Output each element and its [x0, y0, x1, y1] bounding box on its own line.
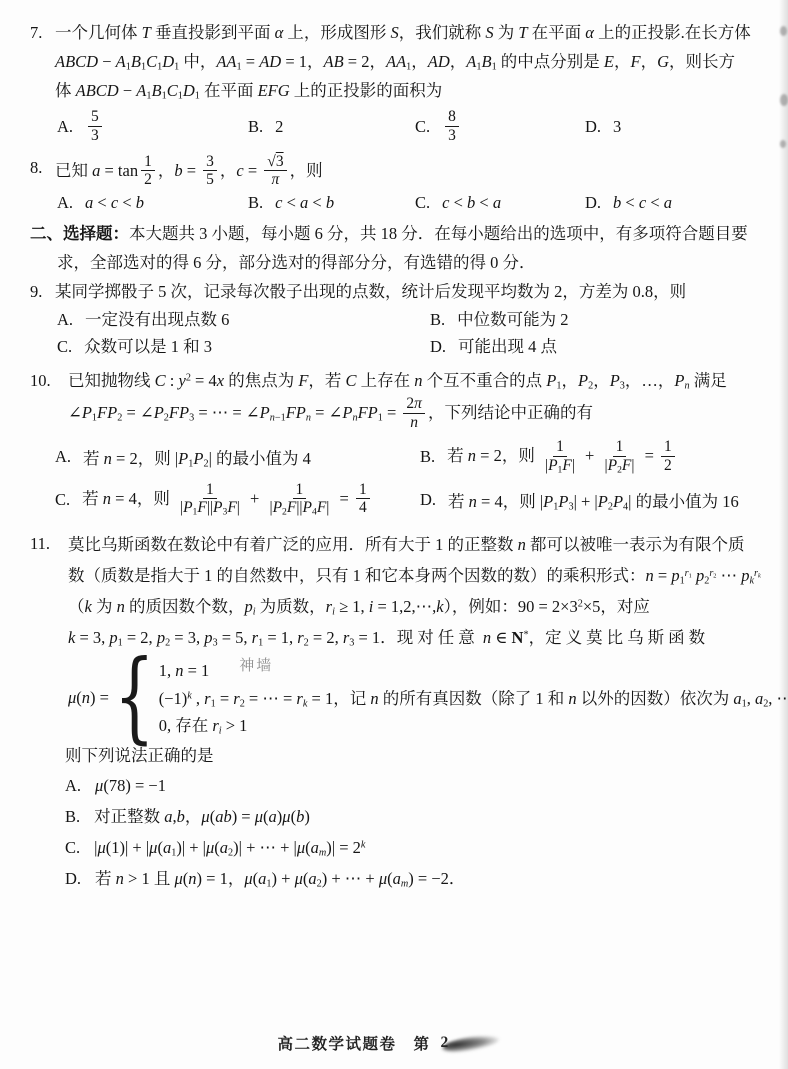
option-value: 若 n = 4，则 |P1P3| + |P2P4| 的最小值为 16 — [448, 488, 739, 512]
question-8-number: 8. — [30, 153, 55, 182]
question-9-options-row-1: A.一定没有出现点数 6 B.中位数可能为 2 — [30, 306, 774, 333]
q9-option-b: B.中位数可能为 2 — [430, 306, 569, 333]
option-value: μ(78) = −1 — [95, 776, 166, 795]
option-value: a < c < b — [85, 193, 144, 213]
section-2-title: 二、选择题： — [30, 224, 129, 243]
question-8-options: A.a < c < b B.c < a < b C.c < b < a D.b … — [30, 193, 774, 213]
q11-option-d: D.若 n > 1 且 μ(n) = 1，μ(a1) + μ(a2) + ⋯ +… — [30, 863, 774, 894]
question-10-line-1: 已知抛物线 C : y2 = 4x 的焦点为 F，若 C 上存在 n 个互不重合… — [68, 366, 774, 395]
q7-option-c: C.83 — [415, 108, 585, 147]
option-value: 若 n = 2，则 |P1P2| 的最小值为 4 — [83, 445, 311, 469]
q9-option-a: A.一定没有出现点数 6 — [57, 306, 430, 333]
mu-case-3: 0, 存在 ri > 1 — [159, 712, 788, 739]
question-11-line-3: （k 为 n 的质因数个数，pi 为质数，ri ≥ 1, i = 1,2,⋯,k… — [68, 591, 774, 622]
watermark-text: 神墙 — [239, 657, 273, 674]
question-11-line-1: 莫比乌斯函数在数论中有着广泛的应用．所有大于 1 的正整数 n 都可以被唯一表示… — [68, 529, 774, 560]
section-2-header: 二、选择题：本大题共 3 小题，每小题 6 分，共 18 分．在每小题给出的选项… — [30, 219, 774, 277]
page-number: 2 — [441, 1036, 511, 1054]
option-value: |μ(1)| + |μ(a1)| + |μ(a2)| + ⋯ + |μ(am)|… — [94, 838, 365, 857]
question-10-formula: ∠P1FP2 = ∠P2FP3 = ⋯ = ∠Pn−1FPn = ∠PnFP1 … — [68, 395, 774, 434]
scan-artifact — [780, 140, 786, 148]
q7-option-b: B.2 — [248, 117, 415, 137]
question-10: 10. 已知抛物线 C : y2 = 4x 的焦点为 F，若 C 上存在 n 个… — [30, 366, 774, 519]
q8-option-b: B.c < a < b — [248, 193, 415, 213]
mu-case-2: (−1)k , r1 = r2 = ⋯ = rk = 1，记 n 的所有真因数（… — [159, 685, 788, 712]
option-value: 若 n > 1 且 μ(n) = 1，μ(a1) + μ(a2) + ⋯ + μ… — [95, 869, 465, 888]
option-value: 可能出现 4 点 — [458, 333, 557, 360]
page-footer: 高二数学试题卷 第2 — [0, 1032, 788, 1054]
question-7-text: 一个几何体 T 垂直投影到平面 α 上，形成图形 S，我们就称 S 为 T 在平… — [55, 18, 774, 105]
footer-title: 高二数学试题卷 第 — [277, 1036, 430, 1053]
q10-option-c: C.若 n = 4，则 1|P1F||P3F| + 1|P2F||P4F| = … — [55, 481, 420, 520]
mu-cases: 1, n = 1神墙 (−1)k , r1 = r2 = ⋯ = rk = 1，… — [159, 657, 788, 739]
option-label-d: D. — [430, 333, 446, 360]
option-label-b: B. — [420, 447, 435, 467]
scan-artifact — [780, 26, 787, 36]
option-value: 53 — [85, 108, 105, 147]
question-7-number: 7. — [30, 18, 55, 47]
option-label-c: C. — [415, 193, 430, 213]
option-label-a: A. — [55, 447, 71, 467]
q8-option-d: D.b < c < a — [585, 193, 774, 213]
q10-option-b: B.若 n = 2，则 1|P1F| + 1|P2F| = 12 — [420, 438, 678, 477]
q8-option-a: A.a < c < b — [57, 193, 248, 213]
section-2-line-2: 求，全部选对的得 6 分，部分选对的得部分分，有选错的得 0 分． — [30, 248, 774, 277]
option-label-d: D. — [65, 869, 81, 888]
mu-lhs: μ(n) = — [68, 688, 109, 708]
option-label-c: C. — [415, 117, 430, 137]
option-value: b < c < a — [613, 193, 672, 213]
question-10-options-row-2: C.若 n = 4，则 1|P1F||P3F| + 1|P2F||P4F| = … — [30, 481, 774, 520]
exam-page-content: 7. 一个几何体 T 垂直投影到平面 α 上，形成图形 S，我们就称 S 为 T… — [0, 0, 788, 894]
option-value: 众数可以是 1 和 3 — [84, 333, 212, 360]
question-10-number: 10. — [30, 366, 68, 395]
question-7: 7. 一个几何体 T 垂直投影到平面 α 上，形成图形 S，我们就称 S 为 T… — [30, 18, 774, 147]
option-label-b: B. — [248, 117, 263, 137]
q7-option-a: A.53 — [57, 108, 248, 147]
option-value: 一定没有出现点数 6 — [85, 306, 229, 333]
question-9-number: 9. — [30, 277, 55, 306]
question-10-options-row-1: A.若 n = 2，则 |P1P2| 的最小值为 4 B.若 n = 2，则 1… — [30, 438, 774, 477]
question-8-stem: 已知 a = tan12，b = 35，c = √3π，则 — [55, 153, 774, 192]
option-label-d: D. — [420, 490, 436, 510]
option-label-c: C. — [57, 333, 72, 360]
q8-option-c: C.c < b < a — [415, 193, 585, 213]
question-11: 11. 莫比乌斯函数在数论中有着广泛的应用．所有大于 1 的正整数 n 都可以被… — [30, 529, 774, 894]
q11-option-a: A.μ(78) = −1 — [30, 770, 774, 801]
option-label-c: C. — [65, 838, 80, 857]
question-7-line-2: ABCD − A1B1C1D1 中，AA1 = AD = 1，AB = 2，AA… — [55, 47, 774, 76]
question-9-options-row-2: C.众数可以是 1 和 3 D.可能出现 4 点 — [30, 333, 774, 360]
option-label-a: A. — [57, 306, 73, 333]
question-7-line-1: 一个几何体 T 垂直投影到平面 α 上，形成图形 S，我们就称 S 为 T 在平… — [55, 18, 774, 47]
question-11-line-2: 数（质数是指大于 1 的自然数中，只有 1 和它本身两个因数的数）的乘积形式：n… — [68, 560, 774, 591]
q7-option-d: D.3 — [585, 117, 774, 137]
mobius-function-definition: μ(n) = { 1, n = 1神墙 (−1)k , r1 = r2 = ⋯ … — [68, 657, 774, 739]
option-label-a: A. — [57, 193, 73, 213]
q10-option-a: A.若 n = 2，则 |P1P2| 的最小值为 4 — [55, 445, 420, 469]
q11-option-c: C.|μ(1)| + |μ(a1)| + |μ(a2)| + ⋯ + |μ(am… — [30, 832, 774, 863]
question-11-number: 11. — [30, 529, 68, 558]
option-label-d: D. — [585, 193, 601, 213]
option-label-a: A. — [65, 776, 81, 795]
option-label-d: D. — [585, 117, 601, 137]
question-7-options: A.53 B.2 C.83 D.3 — [30, 108, 774, 147]
option-value: 对正整数 a,b，μ(ab) = μ(a)μ(b) — [94, 807, 310, 826]
option-value: c < b < a — [442, 193, 501, 213]
option-label-b: B. — [248, 193, 263, 213]
question-9-stem: 某同学掷骰子 5 次，记录每次骰子出现的点数，统计后发现平均数为 2，方差为 0… — [55, 277, 774, 306]
question-7-line-3: 体 ABCD − A1B1C1D1 在平面 EFG 上的正投影的面积为 — [55, 76, 774, 105]
question-11-line-4: k = 3, p1 = 2, p2 = 3, p3 = 5, r1 = 1, r… — [68, 622, 774, 653]
question-8: 8. 已知 a = tan12，b = 35，c = √3π，则 A.a < c… — [30, 153, 774, 214]
option-value: 3 — [613, 117, 621, 137]
mu-case-1: 1, n = 1神墙 — [159, 657, 788, 685]
option-value: 若 n = 2，则 1|P1F| + 1|P2F| = 12 — [447, 438, 678, 477]
option-value: 若 n = 4，则 1|P1F||P3F| + 1|P2F||P4F| = 14 — [82, 481, 373, 520]
option-value: 中位数可能为 2 — [457, 306, 568, 333]
q9-option-c: C.众数可以是 1 和 3 — [57, 333, 430, 360]
scan-artifact — [780, 94, 788, 106]
option-label-c: C. — [55, 490, 70, 510]
scan-edge-shade — [779, 0, 788, 1069]
option-value: 83 — [442, 108, 462, 147]
option-label-a: A. — [57, 117, 73, 137]
q9-option-d: D.可能出现 4 点 — [430, 333, 557, 360]
section-2-line-1: 二、选择题：本大题共 3 小题，每小题 6 分，共 18 分．在每小题给出的选项… — [30, 219, 774, 248]
option-value: 2 — [275, 117, 283, 137]
question-9: 9. 某同学掷骰子 5 次，记录每次骰子出现的点数，统计后发现平均数为 2，方差… — [30, 277, 774, 360]
q11-option-b: B.对正整数 a,b，μ(ab) = μ(a)μ(b) — [30, 801, 774, 832]
mu-suffix: ，记 n 的所有真因数（除了 1 和 n 以外的因数）依次为 a1, a2, ⋯… — [333, 689, 788, 708]
section-2-desc: 本大题共 3 小题，每小题 6 分，共 18 分．在每小题给出的选项中，有多项符… — [129, 224, 748, 243]
option-value: c < a < b — [275, 193, 334, 213]
q10-option-d: D.若 n = 4，则 |P1P3| + |P2P4| 的最小值为 16 — [420, 488, 739, 512]
option-label-b: B. — [65, 807, 80, 826]
option-label-b: B. — [430, 306, 445, 333]
